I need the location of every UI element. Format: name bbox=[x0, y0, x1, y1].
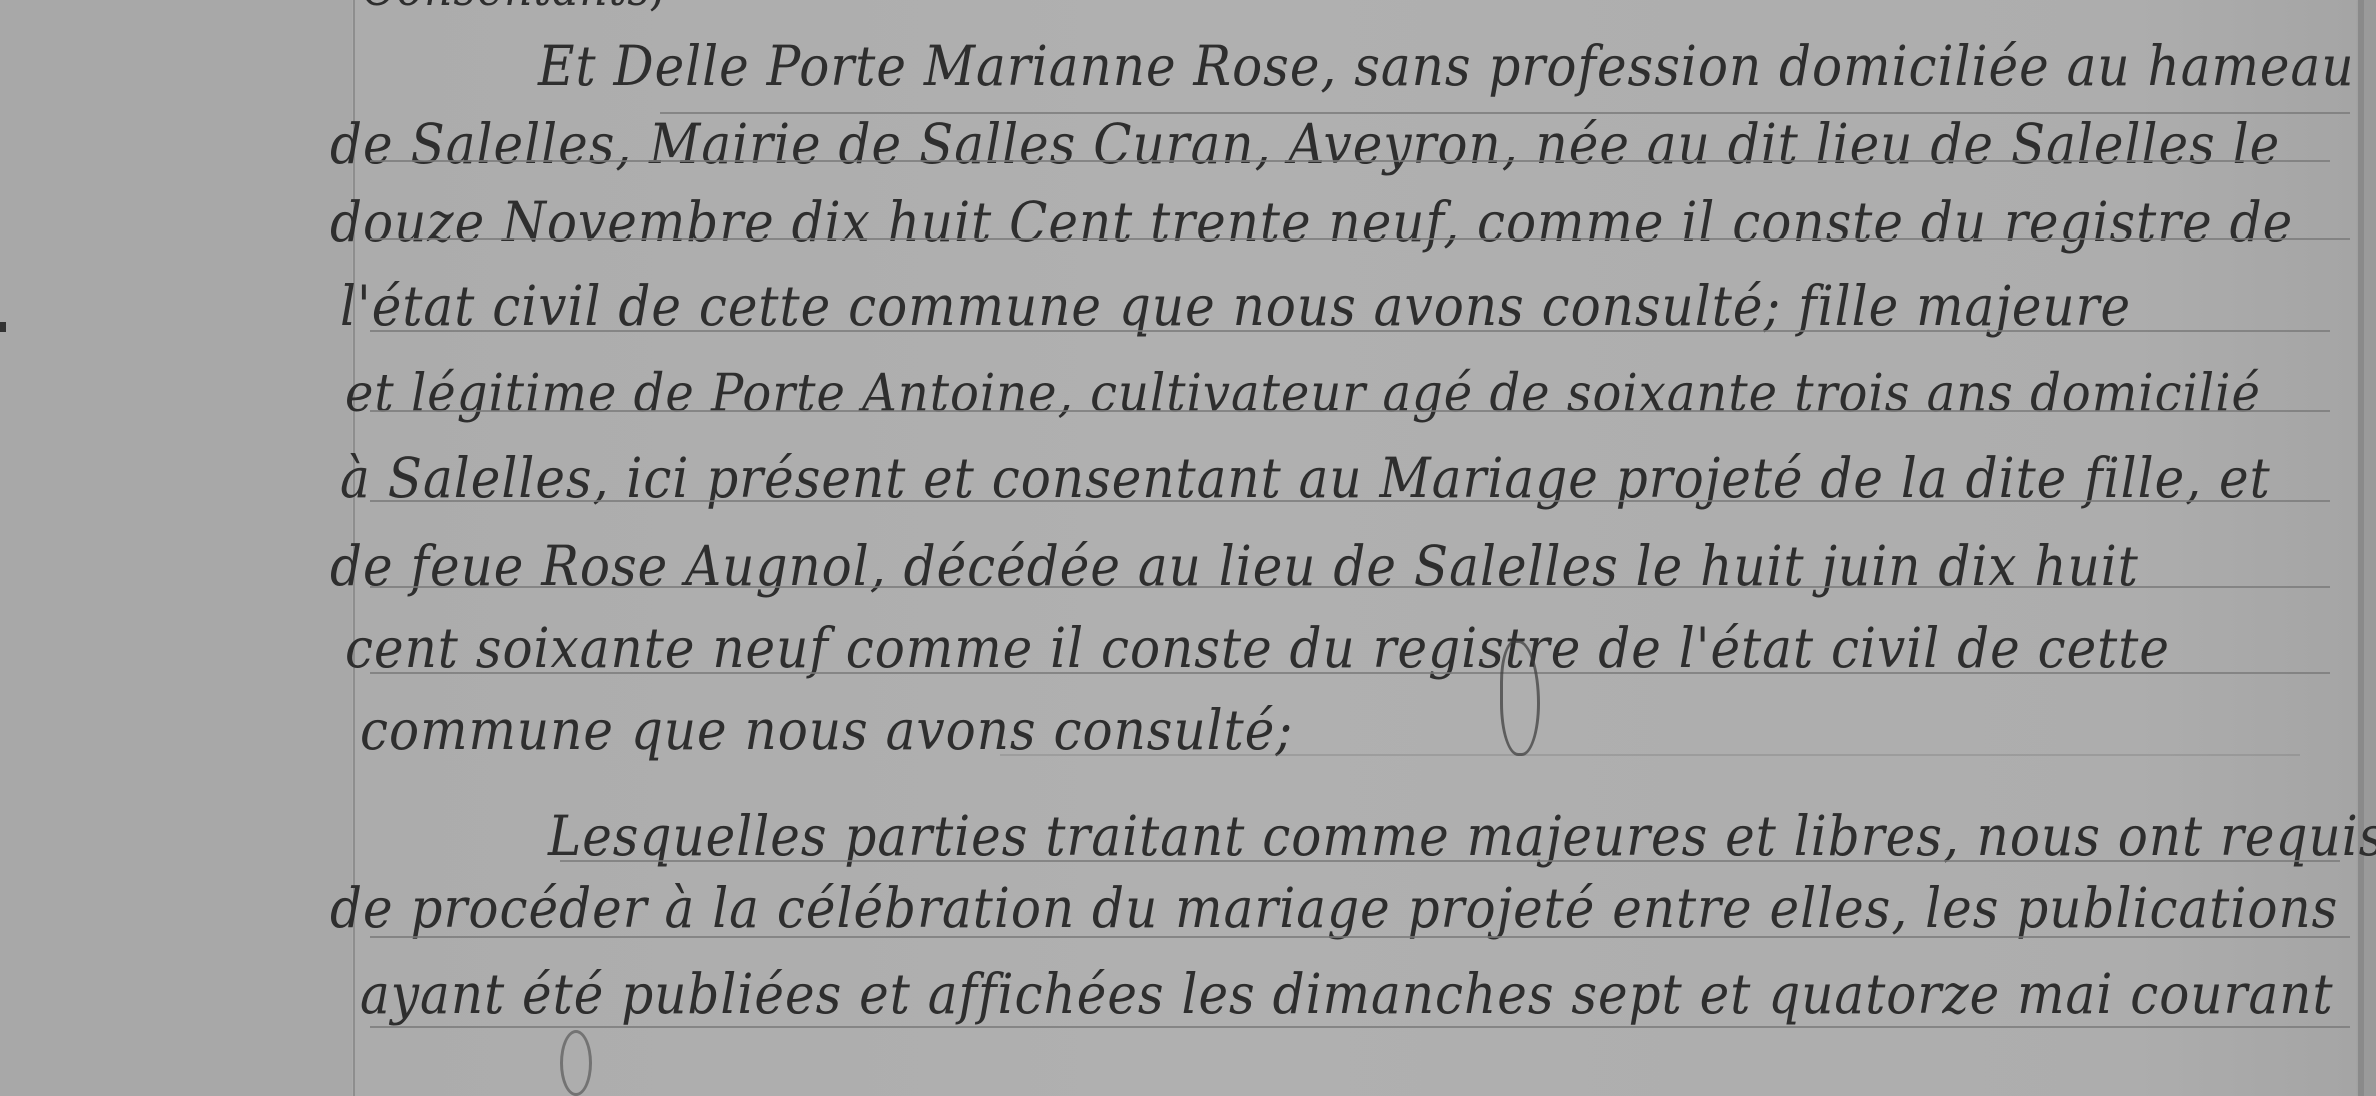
pen-flourish bbox=[560, 1030, 592, 1096]
line-rule bbox=[370, 238, 2350, 240]
text-line: et légitime de Porte Antoine, cultivateu… bbox=[345, 362, 2261, 424]
line-rule bbox=[370, 330, 2330, 332]
text-line: Lesquelles parties traitant comme majeur… bbox=[548, 804, 2376, 868]
text-line: cent soixante neuf comme il conste du re… bbox=[345, 616, 2170, 680]
left-margin-area bbox=[0, 0, 352, 1096]
text-line: Consentants; bbox=[362, 0, 667, 17]
scanned-register-page: Consentants; Et Delle Porte Marianne Ros… bbox=[0, 0, 2376, 1096]
line-rule bbox=[370, 936, 2350, 938]
line-rule bbox=[370, 672, 2330, 674]
text-line: de procéder à la célébration du mariage … bbox=[330, 876, 2338, 940]
line-rule bbox=[1000, 754, 2300, 756]
line-rule bbox=[560, 860, 2340, 862]
text-line: de Salelles, Mairie de Salles Curan, Ave… bbox=[330, 112, 2280, 176]
text-line: de feue Rose Augnol, décédée au lieu de … bbox=[330, 534, 2139, 598]
text-line: ayant été publiées et affichées les dima… bbox=[360, 962, 2334, 1026]
text-line: l'état civil de cette commune que nous a… bbox=[340, 274, 2131, 338]
text-line: Et Delle Porte Marianne Rose, sans profe… bbox=[538, 34, 2355, 98]
line-rule bbox=[370, 410, 2330, 412]
line-rule bbox=[370, 160, 2330, 162]
line-rule bbox=[370, 586, 2330, 588]
text-line: commune que nous avons consulté; bbox=[360, 698, 1293, 762]
page-edge-shadow bbox=[2364, 0, 2376, 1096]
line-rule bbox=[370, 500, 2330, 502]
binding-mark bbox=[0, 322, 6, 332]
text-line: douze Novembre dix huit Cent trente neuf… bbox=[330, 190, 2293, 254]
line-rule bbox=[370, 1026, 2350, 1028]
